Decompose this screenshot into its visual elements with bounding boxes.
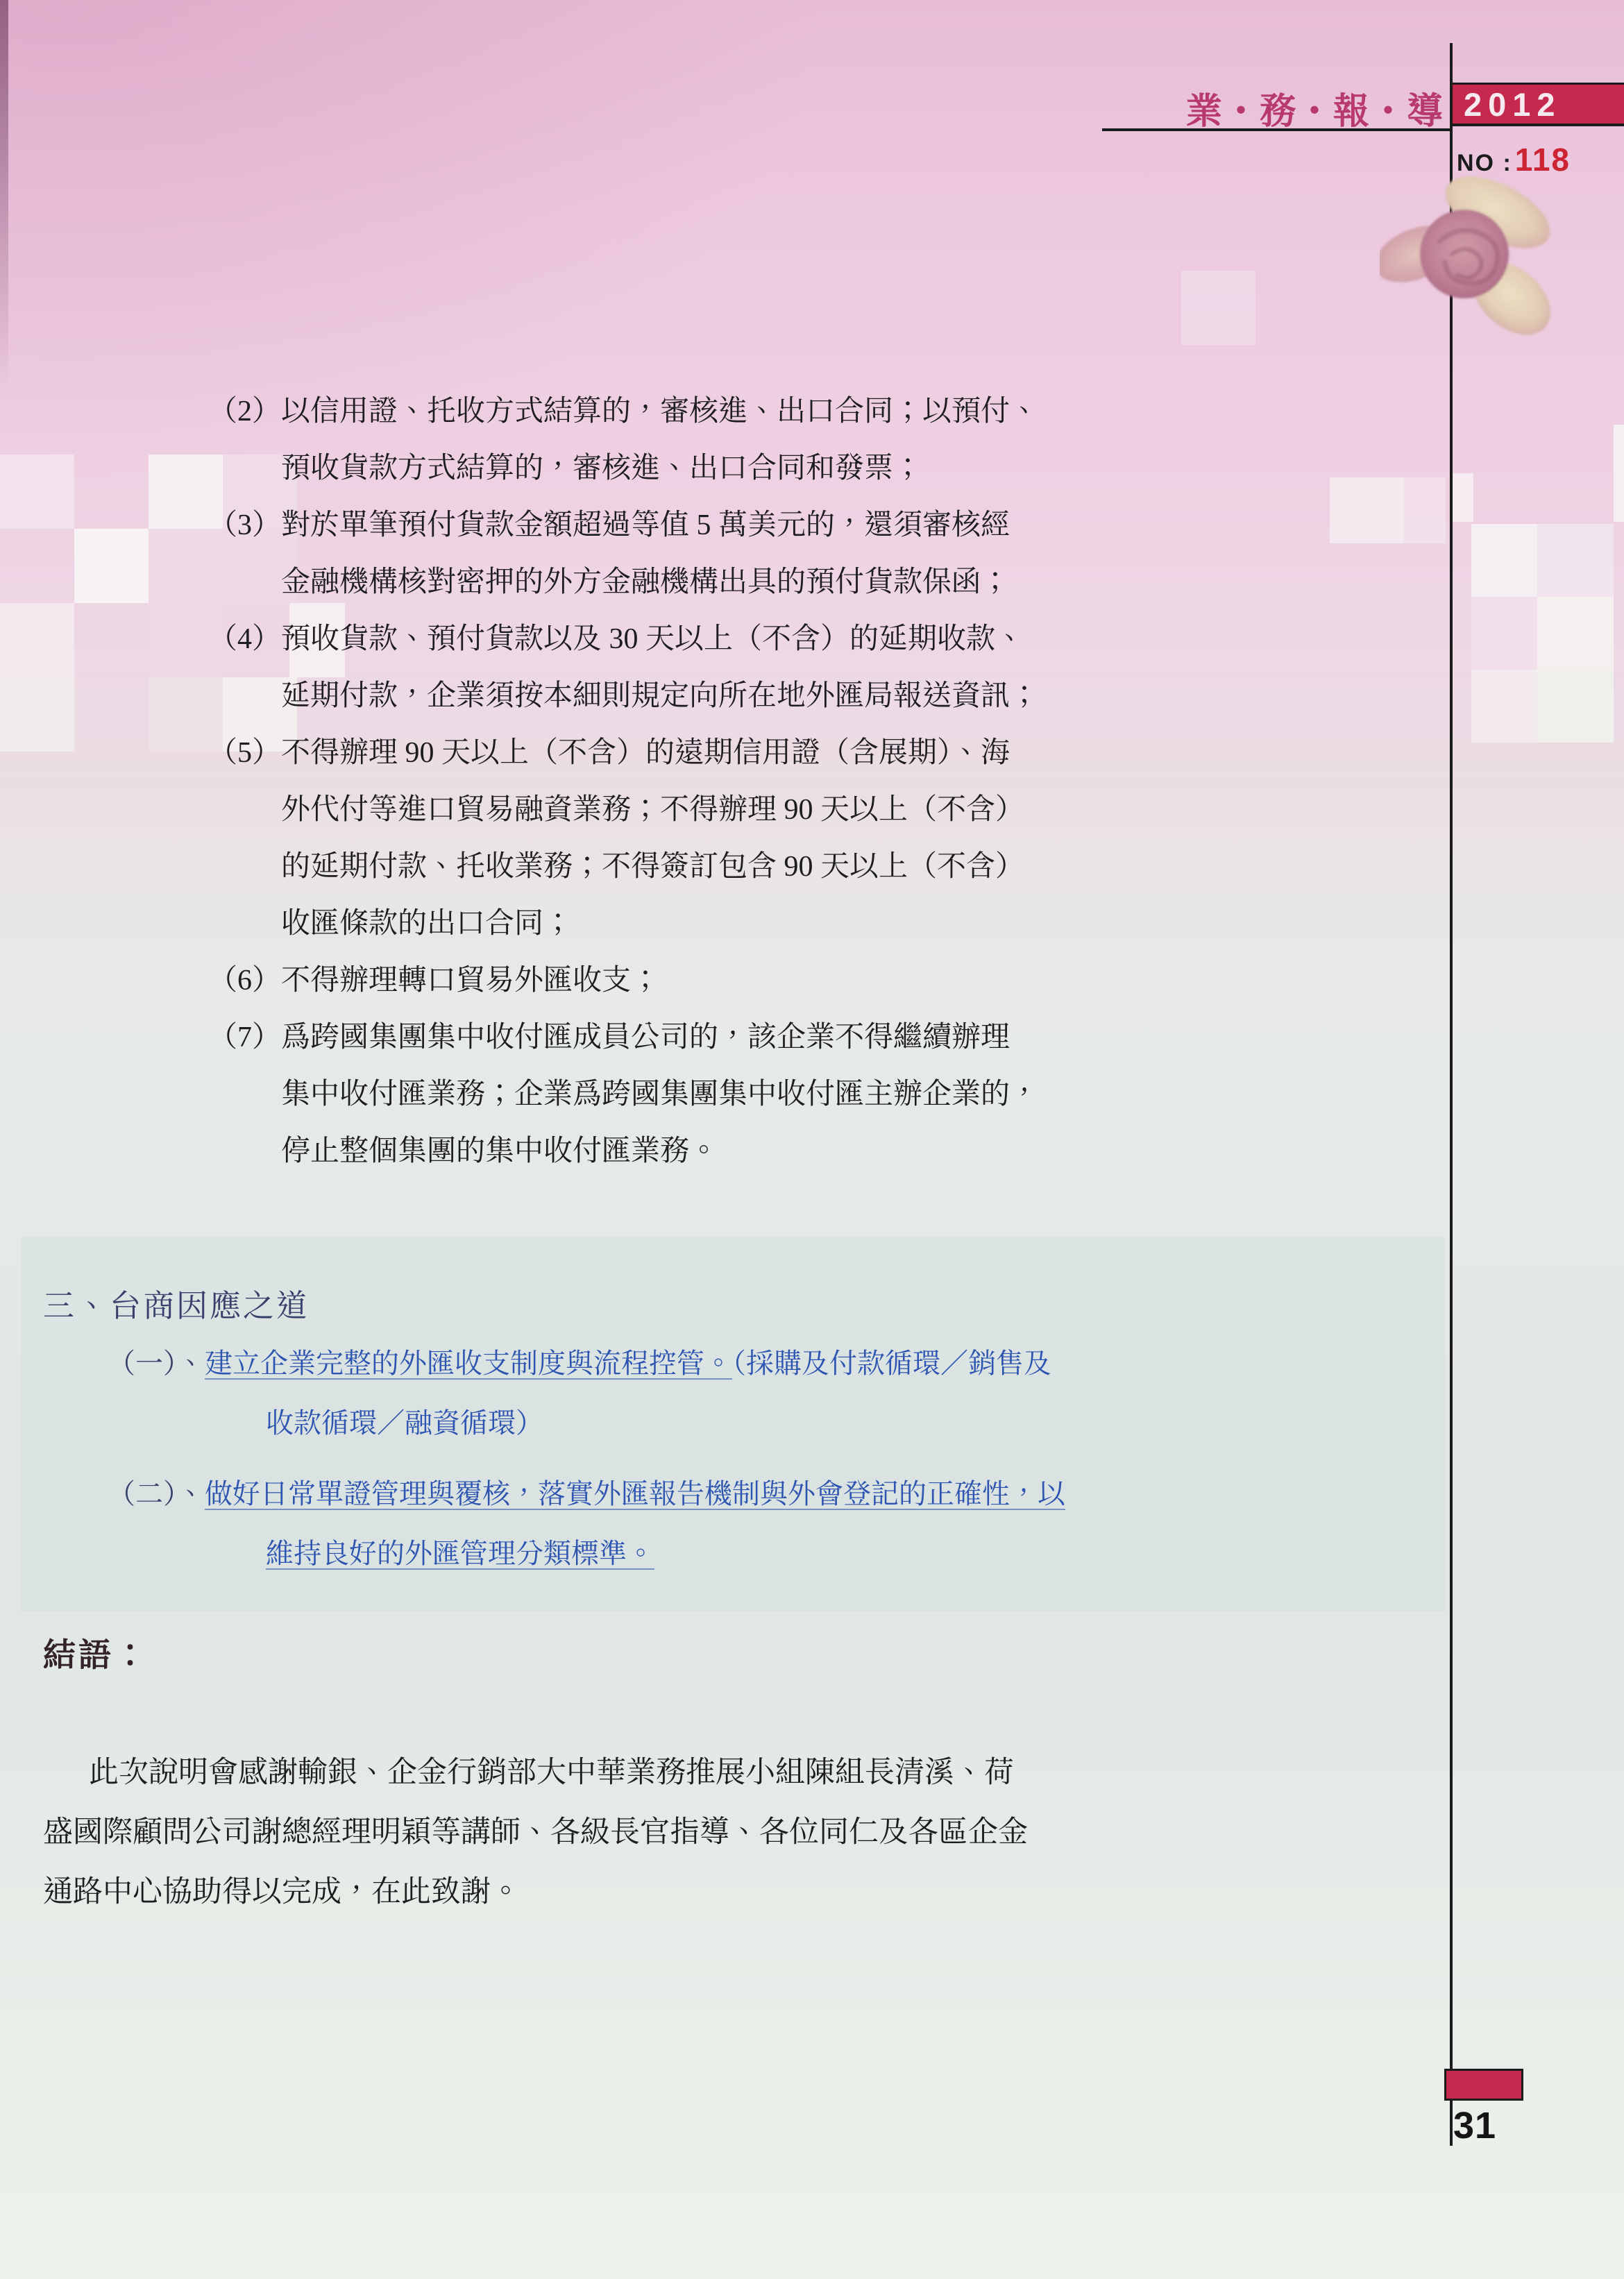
advisory-item: （一）、 建立企業完整的外匯收支制度與流程控管。（採購及付款循環／銷售及 收款循… (108, 1334, 1350, 1453)
mosaic-tile (0, 455, 74, 529)
list-item-text: 不得辦理轉口貿易外匯收支； (281, 952, 1319, 1009)
mosaic-tile (1537, 597, 1614, 670)
list-item-number: （7） (208, 1009, 281, 1066)
magazine-page: 業・務・報・導 2012 NO : 118 (0, 0, 1624, 2279)
list-item: （7） 爲跨國集團集中收付匯成員公司的，該企業不得繼續辦理 集中收付匯業務；企業… (208, 1009, 1319, 1180)
mosaic-tile (0, 603, 74, 677)
mosaic-tile (1614, 425, 1624, 522)
list-item: （2） 以信用證、托收方式結算的，審核進、出口合同；以預付、 預收貨款方式結算的… (208, 383, 1319, 497)
mosaic-tile (1453, 473, 1473, 522)
list-item-text: 爲跨國集團集中收付匯成員公司的，該企業不得繼續辦理 集中收付匯業務；企業爲跨國集… (281, 1009, 1319, 1180)
mosaic-tile (1471, 670, 1537, 743)
list-item-text: 不得辦理 90 天以上（不含）的遠期信用證（含展期）、海 外代付等進口貿易融資業… (281, 725, 1319, 952)
advisory-item-number: （二）、 (108, 1464, 205, 1524)
mosaic-tile (1404, 477, 1446, 543)
conclusion-heading: 結語： (43, 1629, 149, 1676)
list-item-text: 預收貨款、預付貨款以及 30 天以上（不含）的延期收款、 延期付款，企業須按本細… (281, 611, 1319, 725)
scan-edge-shadow (0, 0, 8, 389)
mosaic-tile (1537, 524, 1614, 597)
mosaic-tile (1471, 524, 1537, 597)
list-item: （5） 不得辦理 90 天以上（不含）的遠期信用證（含展期）、海 外代付等進口貿… (208, 725, 1319, 952)
list-item-number: （3） (208, 497, 281, 554)
mosaic-tile (1471, 597, 1537, 670)
list-item-number: （2） (208, 383, 281, 440)
mosaic-tile (1330, 477, 1404, 543)
masthead-rule (1102, 128, 1453, 131)
masthead-year: 2012 (1464, 85, 1562, 124)
mosaic-tile (74, 529, 149, 603)
advisory-item-text: 做好日常單證管理與覆核，落實外匯報告機制與外會登記的正確性，以 維持良好的外匯管… (205, 1464, 1350, 1584)
list-item-text: 以信用證、托收方式結算的，審核進、出口合同；以預付、 預收貨款方式結算的，審核進… (281, 383, 1319, 497)
list-item: （6） 不得辦理轉口貿易外匯收支； (208, 952, 1319, 1009)
list-item-number: （4） (208, 611, 281, 668)
advisory-item-number: （一）、 (108, 1334, 205, 1393)
mosaic-tile (1181, 271, 1255, 345)
mosaic-tile (1537, 670, 1614, 743)
conclusion-paragraph: 此次說明會感謝輸銀、企金行銷部大中華業務推展小組陳組長清溪、荷 盛國際顧問公司謝… (43, 1743, 1320, 1922)
section-heading: 三、台商因應之道 (43, 1280, 310, 1325)
list-item-text: 對於單筆預付貨款金額超過等值 5 萬美元的，還須審核經 金融機構核對密押的外方金… (281, 497, 1319, 611)
masthead-year-badge: 2012 (1453, 83, 1624, 126)
flower-image (1380, 172, 1560, 337)
advisory-item: （二）、 做好日常單證管理與覆核，落實外匯報告機制與外會登記的正確性，以 維持良… (108, 1464, 1350, 1584)
masthead-title: 業・務・報・導 (1138, 82, 1444, 134)
list-item-number: （5） (208, 725, 281, 781)
mosaic-tile (0, 677, 74, 752)
advisory-item-lead: 做好日常單證管理與覆核，落實外匯報告機制與外會登記的正確性，以 維持良好的外匯管… (205, 1478, 1065, 1569)
regulation-list: （2） 以信用證、托收方式結算的，審核進、出口合同；以預付、 預收貨款方式結算的… (208, 383, 1319, 1180)
advisory-list: （一）、 建立企業完整的外匯收支制度與流程控管。（採購及付款循環／銷售及 收款循… (108, 1334, 1350, 1584)
list-item-number: （6） (208, 952, 281, 1009)
advisory-item-lead: 建立企業完整的外匯收支制度與流程控管。 (205, 1348, 732, 1379)
advisory-item-text: 建立企業完整的外匯收支制度與流程控管。（採購及付款循環／銷售及 收款循環／融資循… (205, 1334, 1350, 1453)
footer-red-marker (1444, 2069, 1523, 2101)
list-item: （4） 預收貨款、預付貨款以及 30 天以上（不含）的延期收款、 延期付款，企業… (208, 611, 1319, 725)
vertical-rule (1450, 43, 1453, 2146)
page-number: 31 (1453, 2104, 1496, 2147)
list-item: （3） 對於單筆預付貨款金額超過等值 5 萬美元的，還須審核經 金融機構核對密押… (208, 497, 1319, 611)
